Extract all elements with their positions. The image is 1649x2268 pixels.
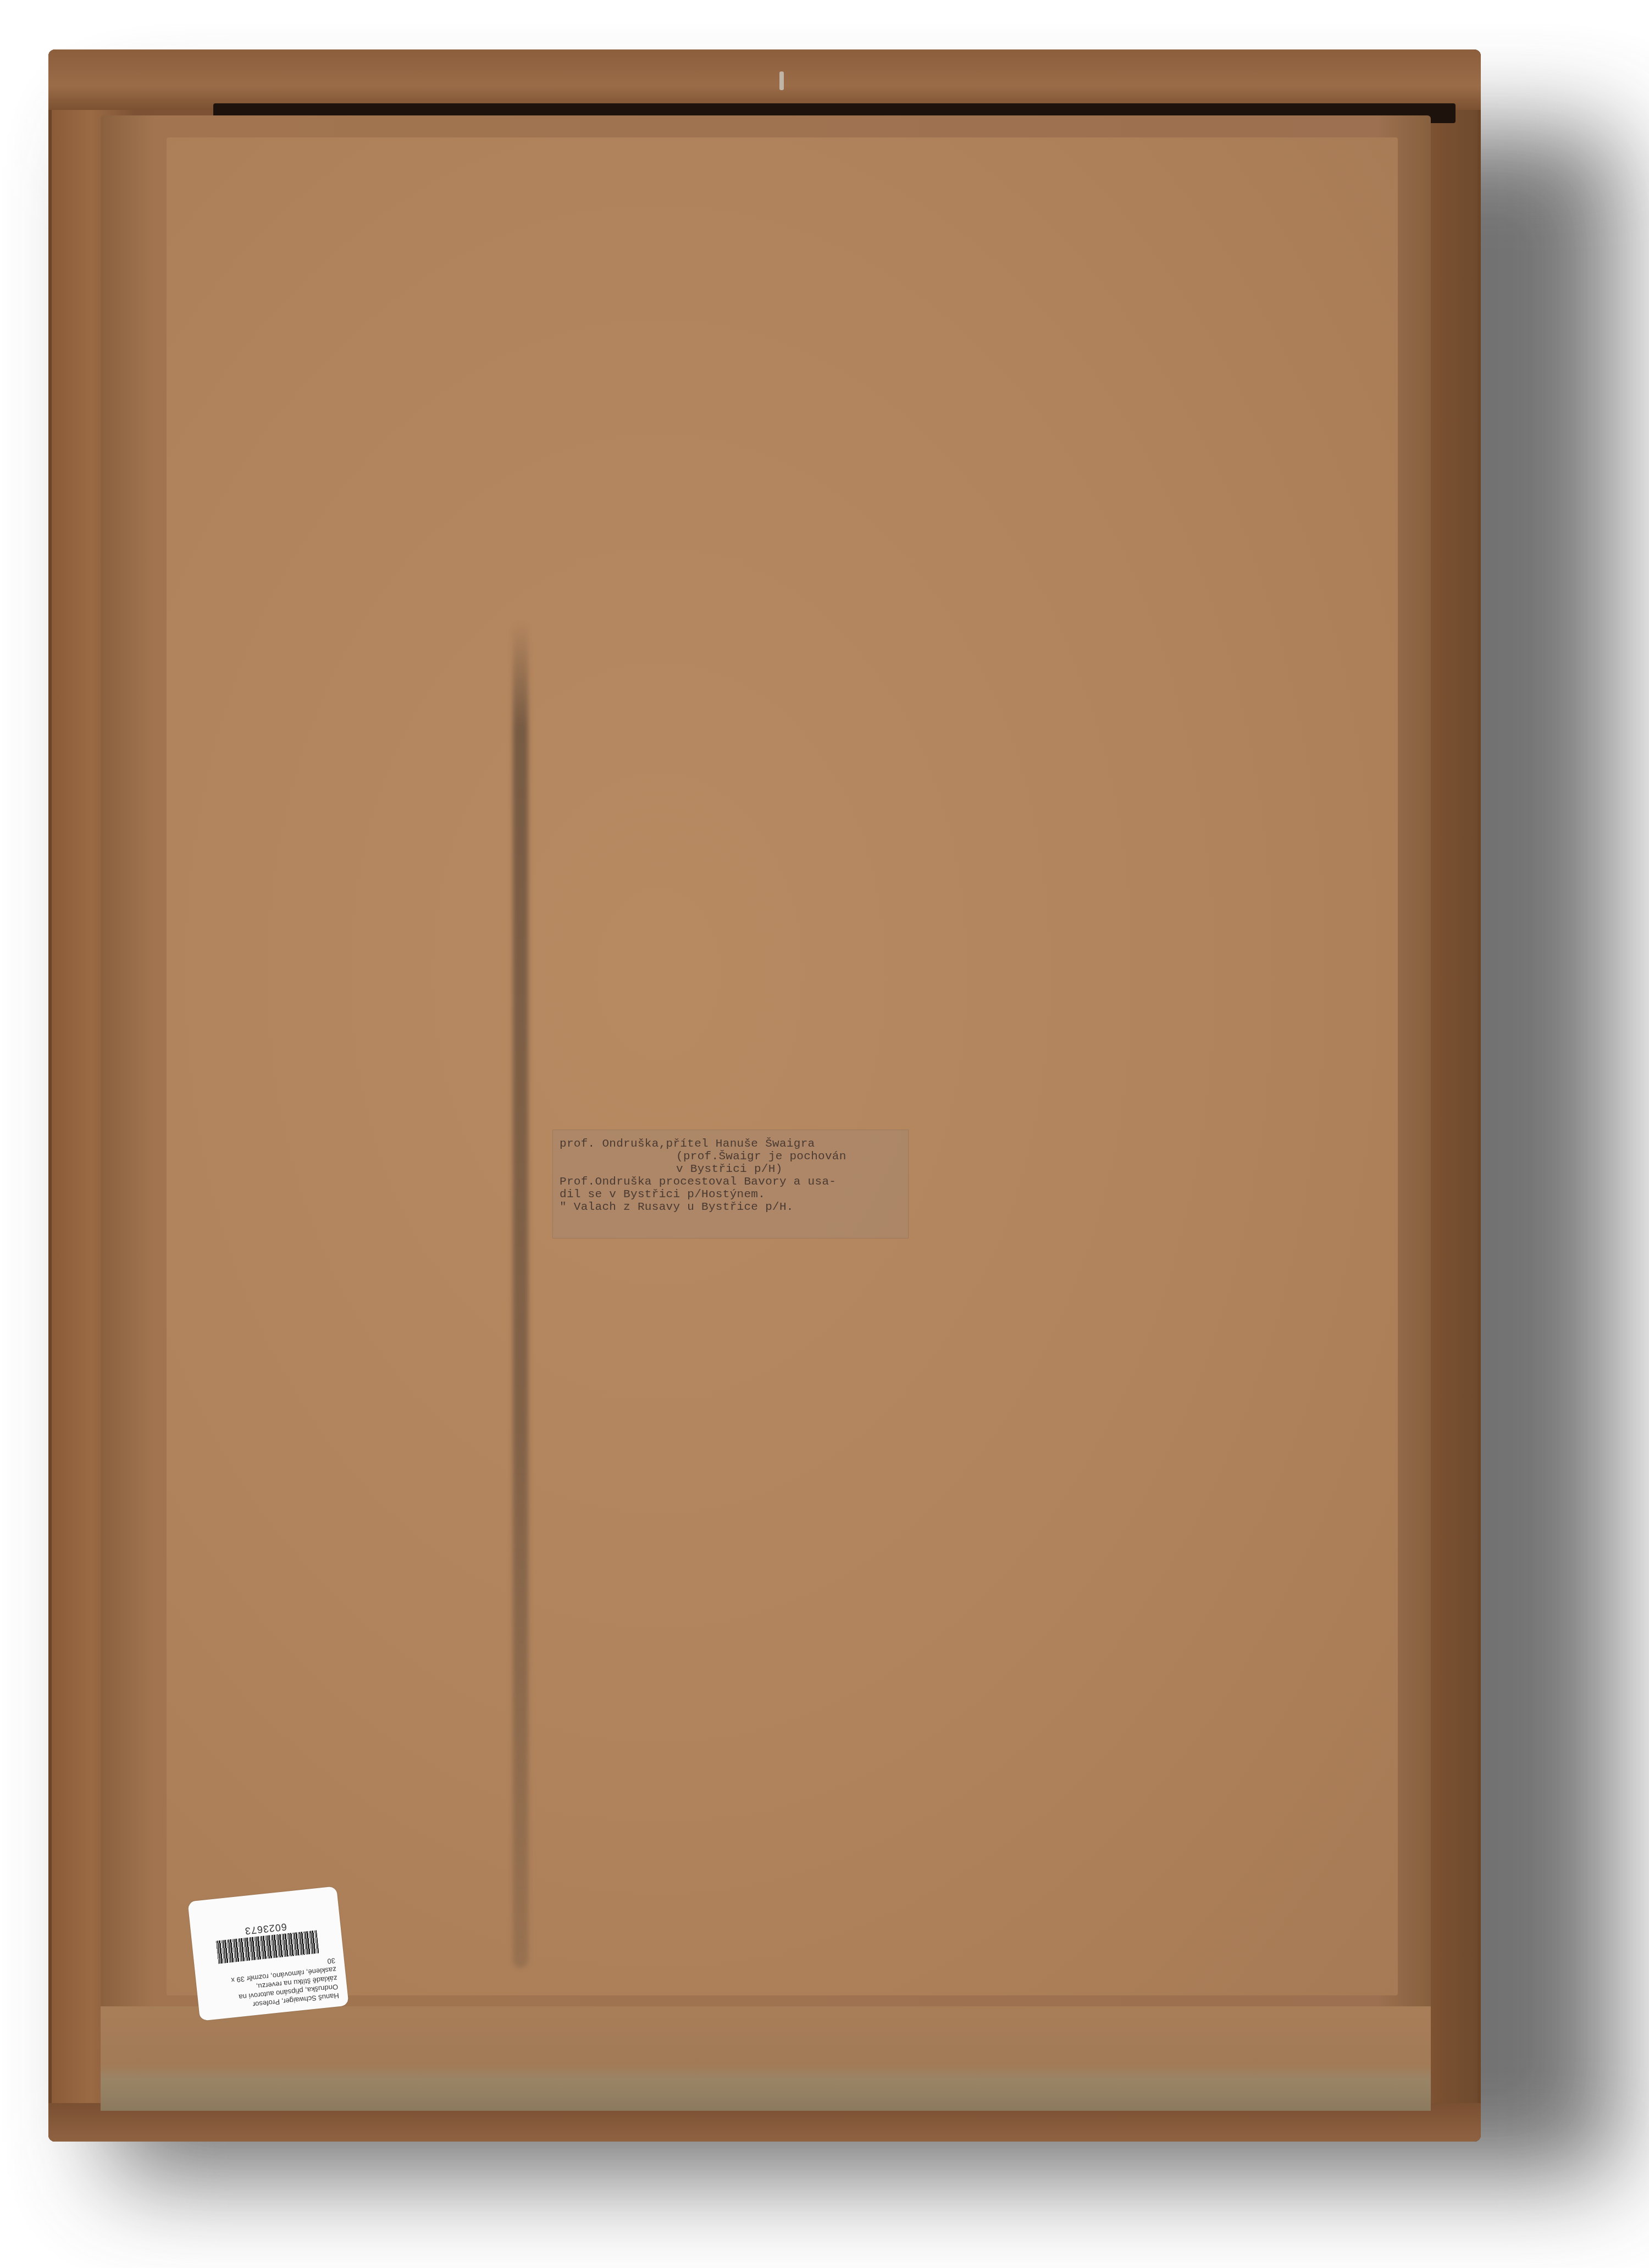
label-line-4: Prof.Ondruška procestoval Bavory a usa- bbox=[560, 1176, 901, 1188]
bottom-tape-strip bbox=[101, 2006, 1431, 2111]
frame-top-rail bbox=[48, 49, 1481, 110]
label-line-3: v Bystřici p/H) bbox=[560, 1163, 901, 1176]
inventory-sticker: Hanuš Schwaiger, Profesor Ondruška, přip… bbox=[187, 1886, 348, 2021]
picture-frame-back bbox=[48, 49, 1481, 2142]
label-line-2: (prof.Šwaigr je pochován bbox=[560, 1150, 901, 1163]
paper-backing bbox=[167, 137, 1398, 1995]
hanging-nail bbox=[779, 71, 784, 90]
label-line-6: " Valach z Rusavy u Bystřice p/H. bbox=[560, 1201, 901, 1214]
sticker-description: Hanuš Schwaiger, Profesor Ondruška, přip… bbox=[203, 1956, 339, 2013]
typed-label: prof. Ondruška,přítel Hanuše Šwaigra(pro… bbox=[552, 1130, 909, 1238]
label-line-5: dil se v Bystřici p/Hostýnem. bbox=[560, 1188, 901, 1201]
pencil-streak bbox=[513, 621, 528, 1968]
label-line-1: prof. Ondruška,přítel Hanuše Šwaigra bbox=[560, 1138, 901, 1150]
